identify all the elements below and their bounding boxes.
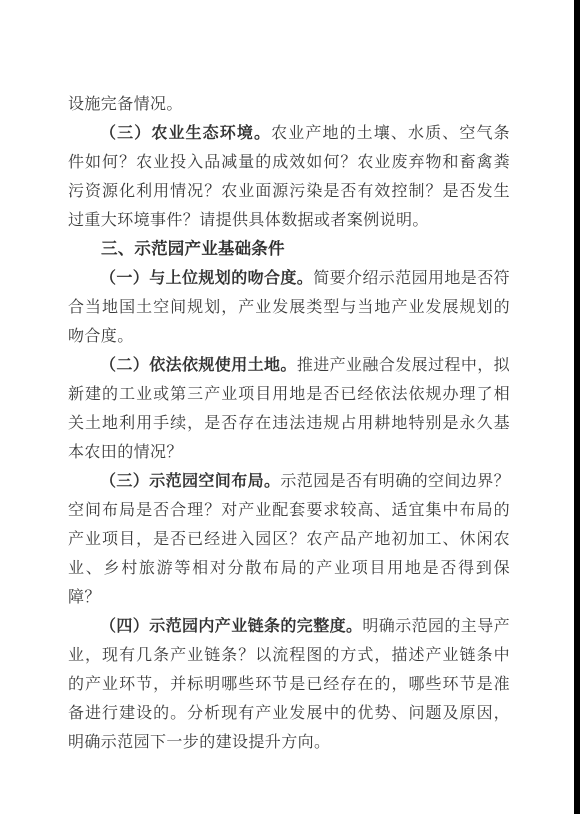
paragraph-lead: （三）示范园空间布局。 [100, 473, 280, 490]
paragraph-industry-chain: （四）示范园内产业链条的完整度。明确示范园的主导产业，现有几条产业链条？以流程图… [68, 612, 510, 757]
paragraph-planning-fit: （一）与上位规划的吻合度。简要介绍示范园用地是否符合当地国土空间规划，产业发展类… [68, 264, 510, 351]
paragraph-continuation: 设施完备情况。 [68, 90, 510, 119]
paragraph-body: 明确示范园的主导产业，现有几条产业链条？以流程图的方式，描述产业链条中的产业环节… [68, 618, 510, 751]
page-background: 设施完备情况。 （三）农业生态环境。农业产地的土壤、水质、空气条件如何？农业投入… [0, 0, 580, 814]
paragraph-lead: （二）依法依规使用土地。 [100, 357, 297, 374]
paragraph-lead: （一）与上位规划的吻合度。 [100, 270, 313, 287]
section-heading: 三、示范园产业基础条件 [68, 235, 510, 264]
paragraph-body: 示范园是否有明确的空间边界？空间布局是否合理？对产业配套要求较高、适宜集中布局的… [68, 473, 510, 606]
page-content: 设施完备情况。 （三）农业生态环境。农业产地的土壤、水质、空气条件如何？农业投入… [68, 90, 510, 757]
paragraph-body: 设施完备情况。 [68, 96, 183, 113]
paragraph-spatial-layout: （三）示范园空间布局。示范园是否有明确的空间边界？空间布局是否合理？对产业配套要… [68, 467, 510, 612]
right-edge-bar [574, 0, 580, 814]
paragraph-eco-environment: （三）农业生态环境。农业产地的土壤、水质、空气条件如何？农业投入品减量的成效如何… [68, 119, 510, 235]
paragraph-lead: （三）农业生态环境。 [100, 125, 271, 142]
paragraph-lead: （四）示范园内产业链条的完整度。 [100, 618, 362, 635]
paragraph-land-use: （二）依法依规使用土地。推进产业融合发展过程中，拟新建的工业或第三产业项目用地是… [68, 351, 510, 467]
document-page: { "page": { "background_color": "#ffffff… [0, 0, 580, 814]
